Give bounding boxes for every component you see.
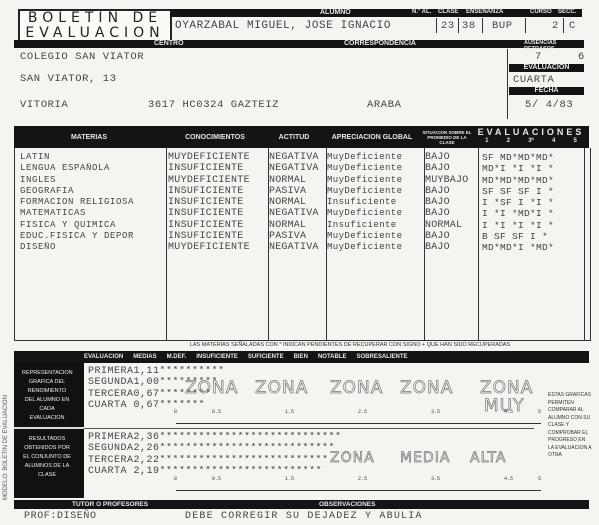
zone-label: ZONA xyxy=(330,378,383,398)
class-graph-row: TERCERA2,22************************** xyxy=(88,455,342,466)
num-al-label: N.º AL. xyxy=(412,9,431,15)
class-labels-bar: N.º AL. CLASE ENSEÑANZA CURSO SECC. xyxy=(410,9,582,17)
cell-actitud: NEGATIVA xyxy=(269,152,327,163)
cell-actitud: NEGATIVA xyxy=(269,242,327,253)
cell-conocimientos: MUYDEFICIENTE xyxy=(168,242,268,253)
header-actitud: ACTITUD xyxy=(266,126,322,148)
centro-postal: 3617 HC0324 GAZTEIZ xyxy=(148,99,279,111)
table-row-materia: GEOGRAFIA xyxy=(20,186,166,197)
centro-address: SAN VIATOR, 13 xyxy=(20,73,117,85)
cell-evaluaciones: SF SF SF I * xyxy=(482,186,582,197)
cell-apreciacion: MuyDeficiente xyxy=(327,231,424,242)
centro-label: CENTRO xyxy=(154,40,184,47)
cell-evaluaciones: B SF SF I * xyxy=(482,231,582,242)
table-row-materia: LENGUA ESPAÑOLA xyxy=(20,163,166,174)
table-row-materia: FISICA Y QUIMICA xyxy=(20,220,166,231)
eval-col-4: 4 xyxy=(552,138,555,144)
cell-conocimientos: INSUFICIENTE xyxy=(168,208,268,219)
header-evaluaciones: EVALUACIONES xyxy=(476,127,586,137)
cell-actitud: NORMAL xyxy=(269,220,327,231)
scale-header-evaluacion: EVALUACION xyxy=(84,354,123,360)
secc-label: SECC. xyxy=(558,9,576,15)
scale-header-sobresaliente: SOBRESALIENTE xyxy=(357,354,408,360)
cell-apreciacion: MuyDeficiente xyxy=(327,242,424,253)
zone-label-bottom: ZONA xyxy=(330,450,375,466)
zone-label: ZONA xyxy=(255,378,308,398)
centro-name: COLEGIO SAN VIATOR xyxy=(20,51,144,63)
class-graph-label: RESULTADOS OBTENIDOS POR EL CONJUNTO DE … xyxy=(22,435,72,480)
cell-conocimientos: INSUFICIENTE xyxy=(168,186,268,197)
cell-evaluaciones: MD*I *I *I * xyxy=(482,163,582,174)
scale-header-bar: EVALUACION MEDIAS M.DEF. INSUFICIENTE SU… xyxy=(14,351,589,363)
cell-apreciacion: MuyDeficiente xyxy=(327,175,424,186)
table-row-materia: LATIN xyxy=(20,152,166,163)
cell-conocimientos: INSUFICIENTE xyxy=(168,197,268,208)
title-line-1: BOLETIN DE xyxy=(20,11,170,26)
student-graph-row: CUARTA 0,67******* xyxy=(88,400,225,411)
student-graph-row: PRIMERA1,11********** xyxy=(88,366,225,377)
table-row-materia: FORMACION RELIGIOSA xyxy=(20,197,166,208)
fecha-value: 5/ 4/83 xyxy=(525,99,573,111)
scale-header-medias: MEDIAS xyxy=(133,354,156,360)
cell-situacion: BAJO xyxy=(425,152,479,163)
situacion-column: BAJO BAJO MUYBAJO BAJO BAJO BAJO NORMAL … xyxy=(425,152,479,254)
scale-header-insuficiente: INSUFICIENTE xyxy=(196,354,238,360)
student-graph-label: REPRESENTACION GRAFICA DEL RENDIMIENTO D… xyxy=(22,369,72,423)
eval-col-5: 5 xyxy=(574,138,577,144)
table-footnote: LAS MATERIAS SEÑALADAS CON * INDICAN PEN… xyxy=(120,342,580,348)
curso-label: CURSO xyxy=(530,9,552,15)
class-graph-row: SEGUNDA2,26*************************** xyxy=(88,443,342,454)
ensenanza-value: BUP xyxy=(492,20,513,32)
cell-actitud: NEGATIVA xyxy=(269,163,327,174)
graph-side-note: ESTAS GRAFICAS PERMITEN COMPARAR AL ALUM… xyxy=(548,392,592,460)
alumno-label-bar: ALUMNO xyxy=(170,9,410,17)
cell-conocimientos: MUYDEFICIENTE xyxy=(168,152,268,163)
student-number: 23 xyxy=(441,20,455,32)
curso-value: 2 xyxy=(552,20,559,32)
cell-evaluaciones: I *I *I *I * xyxy=(482,220,582,231)
actitud-column: NEGATIVA NEGATIVA NORMAL PASIVA NORMAL N… xyxy=(269,152,327,254)
conocimientos-column: MUYDEFICIENTE INSUFICIENTE MUYDEFICIENTE… xyxy=(168,152,268,254)
alumno-label: ALUMNO xyxy=(320,9,351,16)
cell-situacion: BAJO xyxy=(425,231,479,242)
class-number: 38 xyxy=(462,20,476,32)
cell-apreciacion: MuyDeficiente xyxy=(327,152,424,163)
cell-apreciacion: Insuficiente xyxy=(327,220,424,231)
eval-col-1: 1 xyxy=(485,138,488,144)
correspondencia-label: CORRESPONDENCIA xyxy=(344,40,416,47)
centro-city: VITORIA xyxy=(20,99,68,111)
table-row-materia: MATEMATICAS xyxy=(20,208,166,219)
evaluacion-value: CUARTA xyxy=(513,74,554,86)
cell-apreciacion: MuyDeficiente xyxy=(327,163,424,174)
ausencias-value: 7 xyxy=(535,51,542,63)
centro-province: ARABA xyxy=(367,99,402,111)
cell-actitud: PASIVA xyxy=(269,231,327,242)
cell-situacion: BAJO xyxy=(425,186,479,197)
class-graph-rows: PRIMERA2,36**************************** … xyxy=(88,432,342,477)
zone-label: ZONA xyxy=(480,378,533,398)
cell-apreciacion: MuyDeficiente xyxy=(327,186,424,197)
centro-bar: CENTRO CORRESPONDENCIA AUSENCIAS RETRASO… xyxy=(14,40,584,48)
tutor-label: TUTOR O PROFESORES xyxy=(72,501,148,508)
cell-evaluaciones: I *I *MD*I * xyxy=(482,208,582,219)
header-apreciacion: APRECIACION GLOBAL xyxy=(324,126,420,148)
apreciacion-column: MuyDeficiente MuyDeficiente MuyDeficient… xyxy=(327,152,424,254)
class-axis: 0 0.5 1.5 2.5 3.5 4.5 5 xyxy=(176,480,541,491)
scale-header-suficiente: SUFICIENTE xyxy=(248,354,284,360)
cell-evaluaciones: MD*MD*MD*MD* xyxy=(482,175,582,186)
eval-col-2: 2 xyxy=(507,138,510,144)
eval-col-3: 3ª xyxy=(528,138,534,144)
cell-evaluaciones: I *SF I *I * xyxy=(482,197,582,208)
cell-situacion: BAJO xyxy=(425,242,479,253)
ausencias-retrasos-label: AUSENCIAS RETRASOS xyxy=(524,40,584,52)
evaluacion-label: EVALUACION xyxy=(509,64,584,72)
scale-header-notable: NOTABLE xyxy=(318,354,347,360)
cell-apreciacion: MuyDeficiente xyxy=(327,208,424,219)
class-graph-row: PRIMERA2,36**************************** xyxy=(88,432,342,443)
cell-evaluaciones: SF MD*MD*MD* xyxy=(482,152,582,163)
retrasos-value: 6 xyxy=(578,51,585,63)
cell-situacion: BAJO xyxy=(425,197,479,208)
zone-label-bottom: ALTA xyxy=(470,450,507,466)
cell-situacion: MUYBAJO xyxy=(425,175,479,186)
cell-conocimientos: INSUFICIENTE xyxy=(168,163,268,174)
ensenanza-label: ENSEÑANZA xyxy=(466,9,503,15)
student-name: OYARZABAL MIGUEL, JOSE IGNACIO xyxy=(175,20,391,32)
scale-header-mdef: M.DEF. xyxy=(167,354,187,360)
header-materias: MATERIAS xyxy=(14,126,164,148)
cell-conocimientos: INSUFICIENTE xyxy=(168,220,268,231)
fecha-label: FECHA xyxy=(509,87,584,95)
tutor-value: PROF:DISEÑO xyxy=(24,511,97,522)
student-axis: 0 0.5 1.5 2.5 3.5 4.5 5 xyxy=(176,413,541,424)
observaciones-value: DEBE CORREGIR SU DEJADEZ Y ABULIA xyxy=(185,511,423,522)
seccion-value: C xyxy=(569,20,576,32)
eval-column-headers: 1 2 3ª 4 5 xyxy=(476,138,586,144)
zone-label: ZONA xyxy=(400,378,453,398)
margin-text: MODELO: BOLETIN DE EVALUACION xyxy=(3,300,13,500)
table-row-materia: INGLES xyxy=(20,175,166,186)
scale-header-bien: BIEN xyxy=(294,354,308,360)
header-conocimientos: CONOCIMIENTOS xyxy=(166,126,264,148)
cell-situacion: NORMAL xyxy=(425,220,479,231)
observaciones-label: OBSERVACIONES xyxy=(319,501,375,508)
table-row-materia: EDUC.FISICA Y DEPOR xyxy=(20,231,166,242)
grades-header-bar: MATERIAS CONOCIMIENTOS ACTITUD APRECIACI… xyxy=(14,126,589,148)
cell-evaluaciones: MD*MD*I *MD* xyxy=(482,242,582,253)
cell-situacion: BAJO xyxy=(425,163,479,174)
footer-bar: TUTOR O PROFESORES OBSERVACIONES xyxy=(14,500,589,509)
cell-conocimientos: INSUFICIENTE xyxy=(168,231,268,242)
zone-label: ZONA xyxy=(185,378,238,398)
cell-actitud: NORMAL xyxy=(269,197,327,208)
evaluaciones-column: SF MD*MD*MD* MD*I *I *I * MD*MD*MD*MD* S… xyxy=(482,152,582,254)
header-situacion: SITUACION SOBRE EL PROMEDIO DE LA CLASE xyxy=(422,126,472,148)
materias-column: LATIN LENGUA ESPAÑOLA INGLES GEOGRAFIA F… xyxy=(20,152,166,254)
clase-label: CLASE xyxy=(438,9,458,15)
cell-conocimientos: MUYDEFICIENTE xyxy=(168,175,268,186)
graph-side-labels: REPRESENTACION GRAFICA DEL RENDIMIENTO D… xyxy=(14,363,84,498)
table-row-materia: DISEÑO xyxy=(20,242,166,253)
cell-situacion: BAJO xyxy=(425,208,479,219)
cell-actitud: NEGATIVA xyxy=(269,208,327,219)
cell-apreciacion: Insuficiente xyxy=(327,197,424,208)
cell-actitud: PASIVA xyxy=(269,186,327,197)
cell-actitud: NORMAL xyxy=(269,175,327,186)
title-line-2: EVALUACION xyxy=(20,26,170,41)
zone-label-bottom: MEDIA xyxy=(400,450,450,466)
